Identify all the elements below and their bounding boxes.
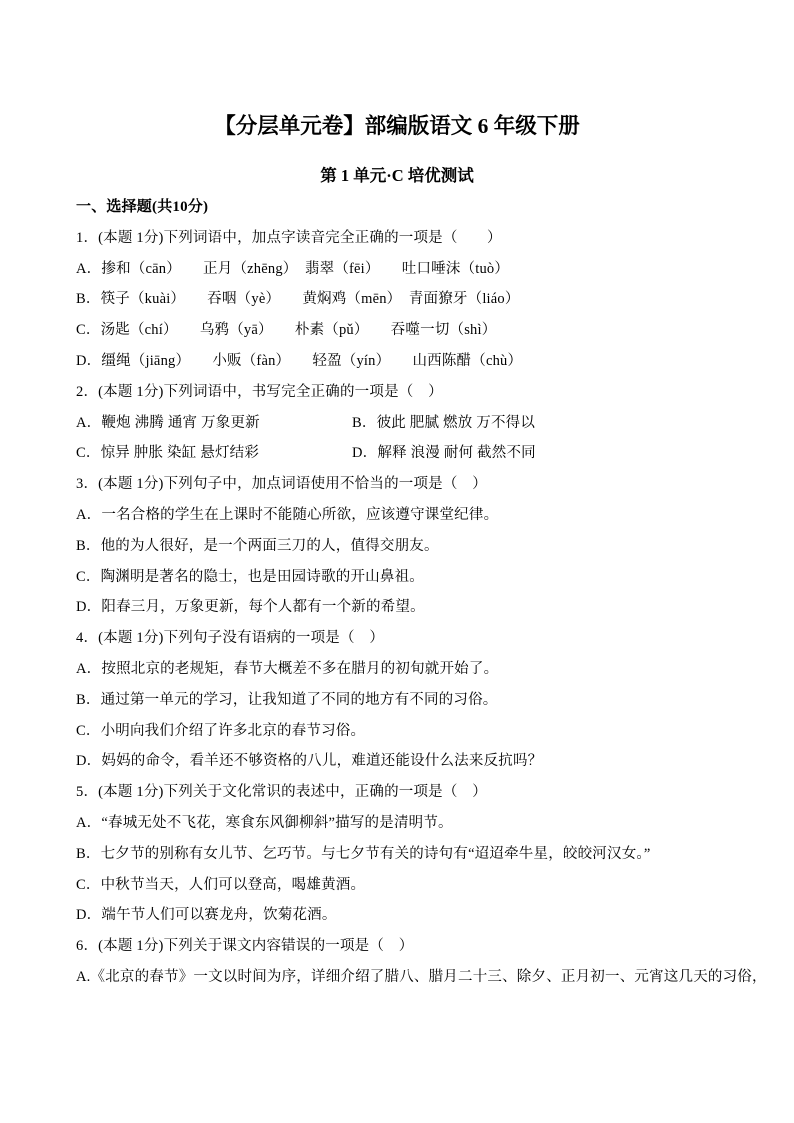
option-line-b: B．筷子（kuài） 吞咽（yè） 黄焖鸡（mēn） 青面獠牙（liáo）	[76, 284, 760, 315]
question-6: 6．(本题 1分)下列关于课文内容错误的一项是（ ） A.《北京的春节》一文以时…	[76, 931, 760, 993]
question-1: 1．(本题 1分)下列词语中，加点字读音完全正确的一项是（ ） A．掺和（cān…	[76, 223, 760, 377]
option-line-d: D．妈妈的命令，看羊还不够资格的八儿，难道还能设什么法来反抗吗？	[76, 746, 760, 777]
option-line-a: A．一名合格的学生在上课时不能随心所欲，应该遵守课堂纪律。	[76, 500, 760, 531]
option-line-c: C．汤匙（chí） 乌鸦（yā） 朴素（pǔ） 吞噬一切（shì）	[76, 315, 760, 346]
option-line-b: B．彼此 肥腻 燃放 万不得以	[352, 408, 535, 439]
exam-body: 一、选择题(共10分) 1．(本题 1分)下列词语中，加点字读音完全正确的一项是…	[0, 192, 794, 993]
option-line-a: A．“春城无处不飞花，寒食东风御柳斜”描写的是清明节。	[76, 808, 760, 839]
page-subtitle: 第 1 单元·C 培优测试	[0, 162, 794, 190]
exam-page: 【分层单元卷】部编版语文 6 年级下册 第 1 单元·C 培优测试 一、选择题(…	[0, 0, 794, 1123]
question-stem: 2．(本题 1分)下列词语中，书写完全正确的一项是（ ）	[76, 377, 760, 408]
question-3: 3．(本题 1分)下列句子中，加点词语使用不恰当的一项是（ ） A．一名合格的学…	[76, 469, 760, 623]
option-line-d: D．缰绳（jiāng） 小贩（fàn） 轻盈（yín） 山西陈醋（chù）	[76, 346, 760, 377]
option-row: A．鞭炮 沸腾 通宵 万象更新 B．彼此 肥腻 燃放 万不得以	[76, 408, 760, 439]
option-line-c: C．惊异 肿胀 染缸 悬灯结彩	[76, 438, 352, 469]
option-line-d: D．端午节人们可以赛龙舟，饮菊花酒。	[76, 900, 760, 931]
option-line-b: B．他的为人很好，是一个两面三刀的人，值得交朋友。	[76, 531, 760, 562]
option-line-d: D．阳春三月，万象更新，每个人都有一个新的希望。	[76, 592, 760, 623]
option-line-a: A．掺和（cān） 正月（zhēng） 翡翠（fēi） 吐口唾沫（tuò）	[76, 254, 760, 285]
document-header: 【分层单元卷】部编版语文 6 年级下册 第 1 单元·C 培优测试	[0, 110, 794, 190]
page-title: 【分层单元卷】部编版语文 6 年级下册	[0, 110, 794, 142]
option-line-b: B．通过第一单元的学习，让我知道了不同的地方有不同的习俗。	[76, 685, 760, 716]
question-4: 4．(本题 1分)下列句子没有语病的一项是（ ） A．按照北京的老规矩，春节大概…	[76, 623, 760, 777]
option-line-b: B．七夕节的别称有女儿节、乞巧节。与七夕节有关的诗句有“迢迢牵牛星，皎皎河汉女。…	[76, 839, 760, 870]
option-line-c: C．小明向我们介绍了许多北京的春节习俗。	[76, 716, 760, 747]
question-stem: 5．(本题 1分)下列关于文化常识的表述中，正确的一项是（ ）	[76, 777, 760, 808]
section-heading: 一、选择题(共10分)	[76, 192, 760, 223]
option-row: C．惊异 肿胀 染缸 悬灯结彩 D．解释 浪漫 耐何 截然不同	[76, 438, 760, 469]
option-line-a: A．鞭炮 沸腾 通宵 万象更新	[76, 408, 352, 439]
option-line-d: D．解释 浪漫 耐何 截然不同	[352, 438, 536, 469]
option-line-a: A．按照北京的老规矩，春节大概差不多在腊月的初旬就开始了。	[76, 654, 760, 685]
question-stem: 4．(本题 1分)下列句子没有语病的一项是（ ）	[76, 623, 760, 654]
option-line-a: A.《北京的春节》一文以时间为序，详细介绍了腊八、腊月二十三、除夕、正月初一、元…	[76, 962, 760, 993]
option-line-c: C．中秋节当天，人们可以登高，喝雄黄酒。	[76, 870, 760, 901]
question-2: 2．(本题 1分)下列词语中，书写完全正确的一项是（ ） A．鞭炮 沸腾 通宵 …	[76, 377, 760, 469]
question-stem: 6．(本题 1分)下列关于课文内容错误的一项是（ ）	[76, 931, 760, 962]
question-stem: 1．(本题 1分)下列词语中，加点字读音完全正确的一项是（ ）	[76, 223, 760, 254]
question-5: 5．(本题 1分)下列关于文化常识的表述中，正确的一项是（ ） A．“春城无处不…	[76, 777, 760, 931]
question-stem: 3．(本题 1分)下列句子中，加点词语使用不恰当的一项是（ ）	[76, 469, 760, 500]
option-line-c: C．陶渊明是著名的隐士，也是田园诗歌的开山鼻祖。	[76, 562, 760, 593]
